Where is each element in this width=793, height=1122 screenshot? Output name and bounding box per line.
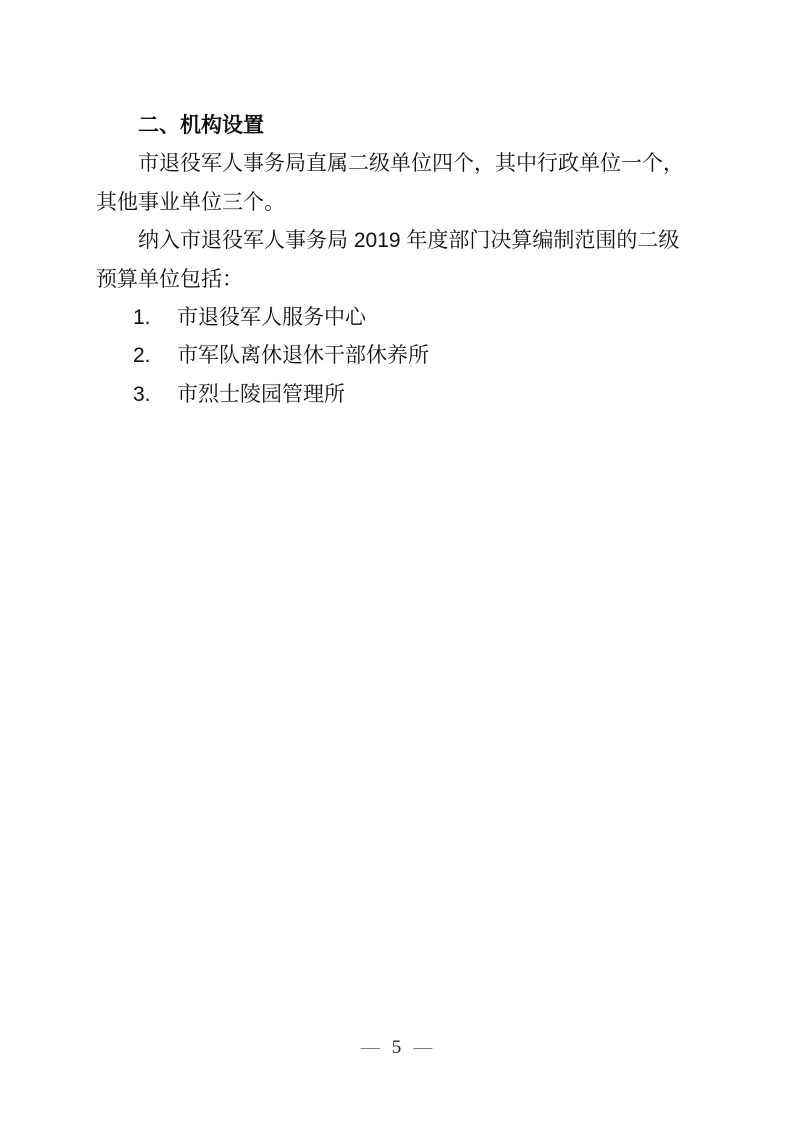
list-item-number: 1. <box>133 299 177 337</box>
list-item: 2.市军队离休退休干部休养所 <box>96 337 697 375</box>
list-item: 3.市烈士陵园管理所 <box>96 376 697 414</box>
document-content: 二、机构设置 市退役军人事务局直属二级单位四个，其中行政单位一个， 其他事业单位… <box>96 107 697 414</box>
section-heading: 二、机构设置 <box>96 107 697 145</box>
paragraph-2-line-1: 纳入市退役军人事务局 2019 年度部门决算编制范围的二级 <box>96 222 697 260</box>
list-item-number: 2. <box>133 337 177 375</box>
page-number: 5 <box>392 1037 402 1058</box>
paragraph-2-line-2: 预算单位包括： <box>96 261 697 299</box>
footer-dash-left: — <box>361 1037 380 1058</box>
list-item-label: 市军队离休退休干部休养所 <box>177 344 429 367</box>
footer-dash-right: — <box>413 1037 432 1058</box>
paragraph-1-line-2: 其他事业单位三个。 <box>96 184 697 222</box>
list-item-label: 市退役军人服务中心 <box>177 306 366 329</box>
list-item-number: 3. <box>133 376 177 414</box>
document-page: 二、机构设置 市退役军人事务局直属二级单位四个，其中行政单位一个， 其他事业单位… <box>0 0 793 1122</box>
page-footer: —5— <box>0 1036 793 1060</box>
list-item-label: 市烈士陵园管理所 <box>177 383 345 406</box>
list-item: 1.市退役军人服务中心 <box>96 299 697 337</box>
paragraph-1-line-1: 市退役军人事务局直属二级单位四个，其中行政单位一个， <box>96 145 697 183</box>
